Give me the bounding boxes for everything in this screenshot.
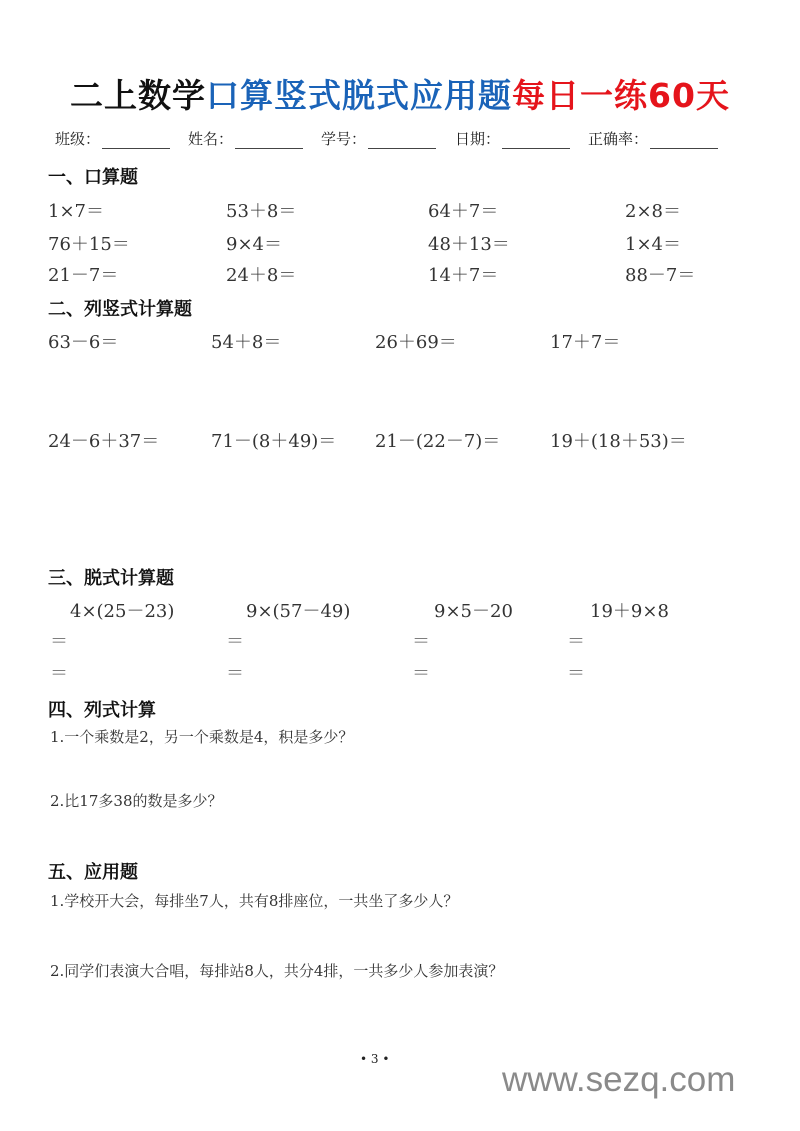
equals-sign: ＝ xyxy=(226,627,244,653)
date-label: 日期： xyxy=(455,130,500,148)
section-vertical-title: 二、列竖式计算题 xyxy=(48,295,192,321)
equals-sign: ＝ xyxy=(412,627,430,653)
class-label: 班级： xyxy=(55,130,100,148)
oral-expr: 76＋15＝ xyxy=(48,230,130,256)
title-grade: 二上数学 xyxy=(70,76,206,115)
formula-question: 2.比17多38的数是多少？ xyxy=(50,790,223,811)
date-field[interactable]: 日期： xyxy=(455,128,570,149)
equals-sign: ＝ xyxy=(50,627,68,653)
worksheet-title: 二上数学口算竖式脱式应用题每日一练60天 xyxy=(0,70,800,117)
name-blank[interactable] xyxy=(235,133,303,149)
oral-expr: 1×4＝ xyxy=(625,230,681,256)
oral-expr: 24＋8＝ xyxy=(226,261,296,287)
vertical-expr: 71－(8＋49)＝ xyxy=(211,427,336,453)
vertical-expr: 17＋7＝ xyxy=(550,328,620,354)
oral-expr: 1×7＝ xyxy=(48,197,104,223)
accuracy-blank[interactable] xyxy=(650,133,718,149)
vertical-expr: 63－6＝ xyxy=(48,328,118,354)
equals-sign: ＝ xyxy=(412,659,430,685)
accuracy-field[interactable]: 正确率： xyxy=(588,128,718,149)
page-number: • 3 • xyxy=(360,1052,389,1066)
equals-sign: ＝ xyxy=(50,659,68,685)
section-formula-title: 四、列式计算 xyxy=(48,696,156,722)
student-id-field[interactable]: 学号： xyxy=(321,128,436,149)
formula-question: 1.一个乘数是2，另一个乘数是4，积是多少？ xyxy=(50,726,353,747)
oral-expr: 88－7＝ xyxy=(625,261,695,287)
student-id-blank[interactable] xyxy=(368,133,436,149)
vertical-expr: 21－(22－7)＝ xyxy=(375,427,500,453)
vertical-expr: 24－6＋37＝ xyxy=(48,427,159,453)
stepwise-expr: 4×(25－23) xyxy=(70,597,174,623)
oral-expr: 2×8＝ xyxy=(625,197,681,223)
vertical-expr: 19＋(18＋53)＝ xyxy=(550,427,687,453)
class-blank[interactable] xyxy=(102,133,170,149)
section-word-problems-title: 五、应用题 xyxy=(48,858,138,884)
word-problem-question: 1.学校开大会，每排坐7人，共有8排座位，一共坐了多少人？ xyxy=(50,890,458,911)
stepwise-expr: 9×(57－49) xyxy=(246,597,350,623)
vertical-expr: 26＋69＝ xyxy=(375,328,457,354)
accuracy-label: 正确率： xyxy=(588,130,648,148)
oral-expr: 64＋7＝ xyxy=(428,197,498,223)
name-field[interactable]: 姓名： xyxy=(188,128,303,149)
stepwise-expr: 9×5－20 xyxy=(434,597,513,623)
date-blank[interactable] xyxy=(502,133,570,149)
section-stepwise-title: 三、脱式计算题 xyxy=(48,564,174,590)
oral-expr: 53＋8＝ xyxy=(226,197,296,223)
title-daily: 每日一练60天 xyxy=(512,76,730,115)
equals-sign: ＝ xyxy=(226,659,244,685)
word-problem-question: 2.同学们表演大合唱，每排站8人，共分4排，一共多少人参加表演？ xyxy=(50,960,503,981)
oral-expr: 48＋13＝ xyxy=(428,230,510,256)
student-id-label: 学号： xyxy=(321,130,366,148)
stepwise-expr: 19＋9×8 xyxy=(590,597,669,623)
title-topic: 口算竖式脱式应用题 xyxy=(206,76,512,115)
class-field[interactable]: 班级： xyxy=(55,128,170,149)
section-oral-title: 一、口算题 xyxy=(48,163,138,189)
watermark: www.sezq.com xyxy=(502,1060,735,1100)
name-label: 姓名： xyxy=(188,130,233,148)
oral-expr: 9×4＝ xyxy=(226,230,282,256)
oral-expr: 21－7＝ xyxy=(48,261,118,287)
equals-sign: ＝ xyxy=(567,627,585,653)
equals-sign: ＝ xyxy=(567,659,585,685)
oral-expr: 14＋7＝ xyxy=(428,261,498,287)
vertical-expr: 54＋8＝ xyxy=(211,328,281,354)
